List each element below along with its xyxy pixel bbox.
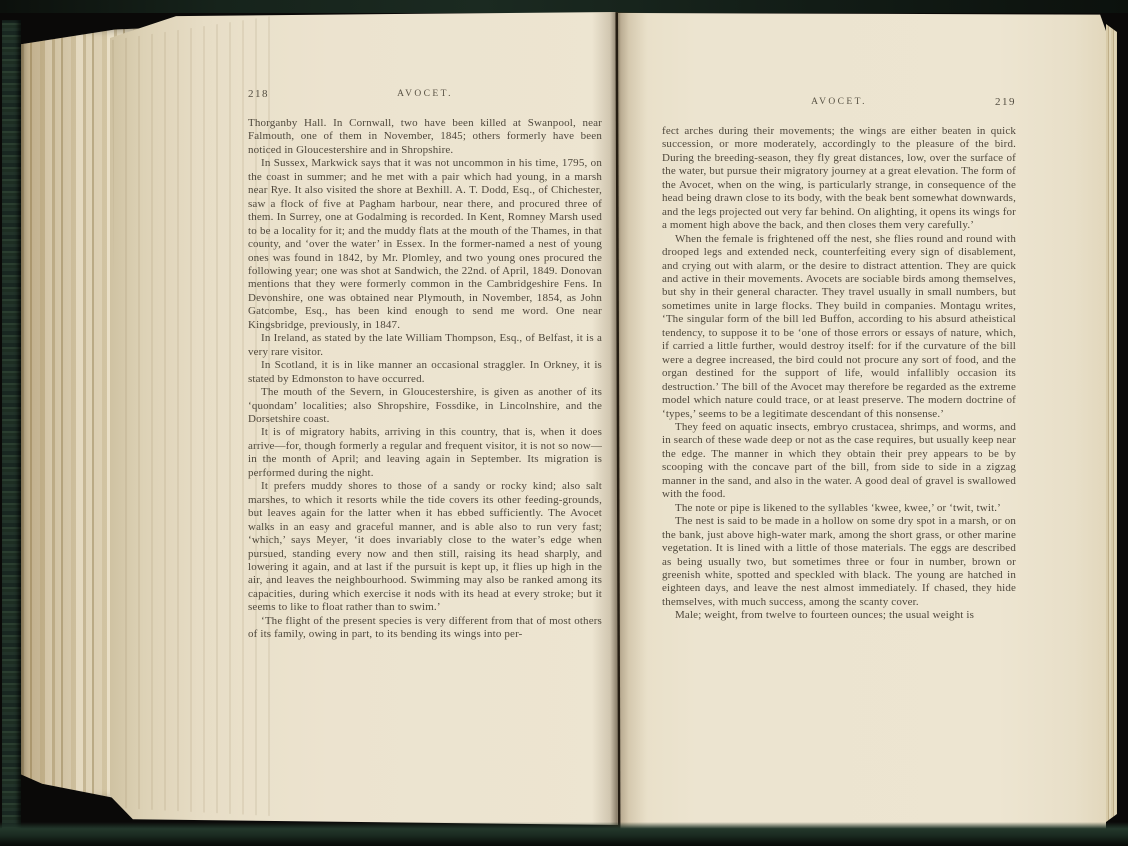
- book-cover-spine-edge: [2, 20, 21, 832]
- paragraph: When the female is frightened off the ne…: [662, 233, 1016, 421]
- left-page-text-block: 218 AVOCET. Thorganby Hall. In Cornwall,…: [248, 88, 602, 642]
- paragraph: The nest is said to be made in a hollow …: [662, 515, 1016, 609]
- left-running-head: AVOCET.: [248, 88, 602, 101]
- right-page-text-block: AVOCET. 219 fect arches during their mov…: [662, 96, 1016, 623]
- paragraph: The note or pipe is likened to the sylla…: [662, 502, 1016, 515]
- book-spread-photo: 218 AVOCET. Thorganby Hall. In Cornwall,…: [0, 0, 1128, 846]
- book-cover-bottom-edge: [0, 822, 1128, 846]
- book-cover-top-edge: [0, 0, 1128, 13]
- paragraph: The mouth of the Severn, in Gloucestersh…: [248, 386, 602, 426]
- paragraph: Male; weight, from twelve to fourteen ou…: [662, 609, 1016, 622]
- paragraph: In Scotland, it is in like manner an occ…: [248, 359, 602, 386]
- paragraph: In Ireland, as stated by the late Willia…: [248, 332, 602, 359]
- right-page-edge-stack: [1106, 24, 1117, 822]
- paragraph: ‘The flight of the present species is ve…: [248, 615, 602, 642]
- right-page-header: AVOCET. 219: [662, 96, 1016, 110]
- left-page-header: 218 AVOCET.: [248, 88, 602, 102]
- paragraph: fect arches during their movements; the …: [662, 125, 1016, 233]
- paragraph: They feed on aquatic insects, embryo cru…: [662, 421, 1016, 502]
- paragraph: In Sussex, Markwick says that it was not…: [248, 157, 602, 332]
- paragraph: Thorganby Hall. In Cornwall, two have be…: [248, 117, 602, 157]
- paragraph: It prefers muddy shores to those of a sa…: [248, 480, 602, 615]
- right-running-head: AVOCET.: [662, 96, 1016, 109]
- paragraph: It is of migratory habits, arriving in t…: [248, 426, 602, 480]
- right-page-number: 219: [995, 96, 1016, 109]
